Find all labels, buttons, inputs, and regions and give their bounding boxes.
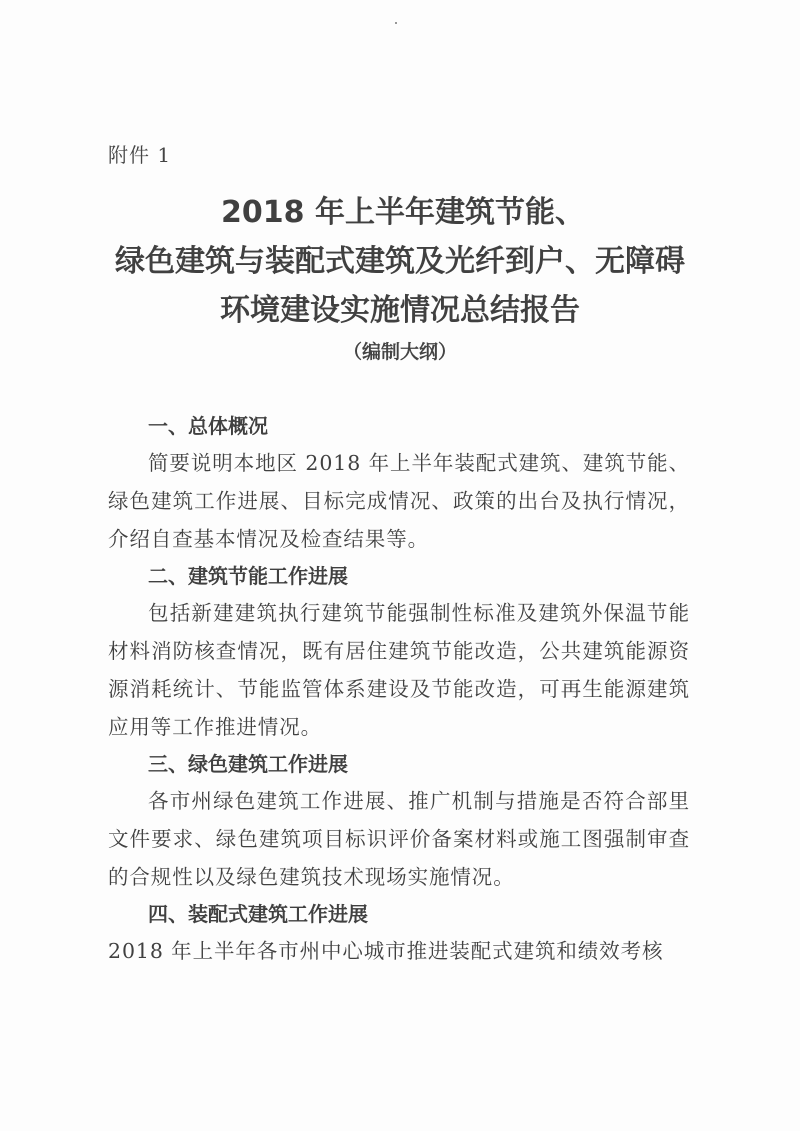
- section-paragraph: 简要说明本地区 2018 年上半年装配式建筑、建筑节能、绿色建筑工作进展、目标完…: [108, 444, 690, 558]
- title-block: 2018 年上半年建筑节能、 绿色建筑与装配式建筑及光纤到户、无障碍 环境建设实…: [0, 188, 800, 369]
- scan-speck: [395, 22, 397, 24]
- document-page: 附件 1 2018 年上半年建筑节能、 绿色建筑与装配式建筑及光纤到户、无障碍 …: [0, 0, 800, 1131]
- title-line-2: 绿色建筑与装配式建筑及光纤到户、无障碍: [0, 237, 800, 286]
- attachment-label: 附件 1: [108, 139, 171, 168]
- section-paragraph: 包括新建建筑执行建筑节能强制性标准及建筑外保温节能材料消防核查情况，既有居住建筑…: [108, 594, 690, 746]
- section-green-building: 三、绿色建筑工作进展 各市州绿色建筑工作进展、推广机制与措施是否符合部里文件要求…: [108, 746, 690, 896]
- section-heading: 一、总体概况: [108, 408, 690, 444]
- section-heading: 二、建筑节能工作进展: [108, 558, 690, 594]
- section-paragraph: 各市州绿色建筑工作进展、推广机制与措施是否符合部里文件要求、绿色建筑项目标识评价…: [108, 782, 690, 896]
- title-line-3: 环境建设实施情况总结报告: [0, 286, 800, 335]
- section-heading: 四、装配式建筑工作进展: [108, 896, 690, 932]
- section-prefab-building: 四、装配式建筑工作进展 2018 年上半年各市州中心城市推进装配式建筑和绩效考核: [108, 896, 690, 970]
- section-overview: 一、总体概况 简要说明本地区 2018 年上半年装配式建筑、建筑节能、绿色建筑工…: [108, 408, 690, 558]
- section-energy-saving: 二、建筑节能工作进展 包括新建建筑执行建筑节能强制性标准及建筑外保温节能材料消防…: [108, 558, 690, 746]
- subtitle: （编制大纲）: [0, 335, 800, 369]
- document-body: 一、总体概况 简要说明本地区 2018 年上半年装配式建筑、建筑节能、绿色建筑工…: [108, 408, 690, 970]
- section-paragraph: 2018 年上半年各市州中心城市推进装配式建筑和绩效考核: [108, 932, 690, 970]
- title-line-1: 2018 年上半年建筑节能、: [0, 188, 800, 237]
- section-heading: 三、绿色建筑工作进展: [108, 746, 690, 782]
